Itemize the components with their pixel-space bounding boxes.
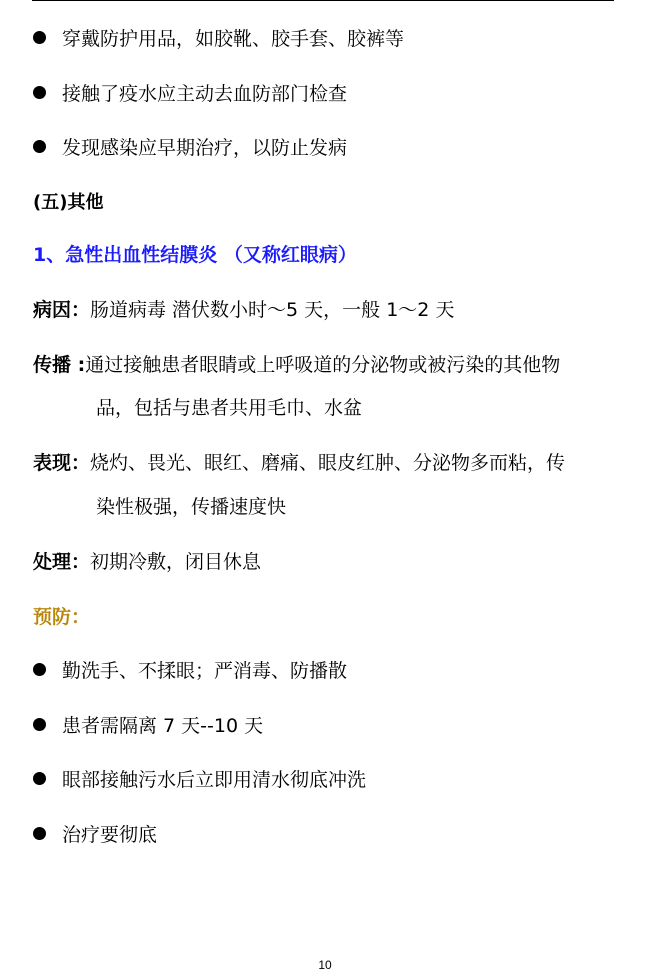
entry-continuation: 染性极强，传播速度快: [96, 495, 286, 519]
list-item-text: 发现感染应早期治疗，以防止发病: [62, 137, 347, 159]
bullet-icon: [33, 663, 46, 676]
entry-continuation: 品，包括与患者共用毛巾、水盆: [96, 396, 362, 420]
bullet-icon: [33, 827, 46, 840]
entry-label: 表现：: [33, 452, 90, 474]
entry-text: 肠道病毒 潜伏数小时～5 天，一般 1～2 天: [90, 299, 454, 321]
entry-label: 传播 :: [33, 354, 85, 376]
bullet-icon: [33, 86, 46, 99]
disease-heading: 1、急性出血性结膜炎 （又称红眼病）: [33, 243, 357, 267]
bullet-icon: [33, 718, 46, 731]
entry-label: 病因：: [33, 299, 90, 321]
list-item: 接触了疫水应主动去血防部门检查: [33, 82, 347, 106]
entry-treatment: 处理：初期冷敷，闭目休息: [33, 550, 261, 574]
entry-symptoms: 表现：烧灼、畏光、眼红、磨痛、眼皮红肿、分泌物多而粘，传: [33, 451, 565, 475]
list-item-text: 勤洗手、不揉眼；严消毒、防播散: [62, 660, 347, 682]
top-rule-divider: [32, 0, 614, 1]
page-number: 10: [0, 958, 650, 972]
entry-text: 通过接触患者眼睛或上呼吸道的分泌物或被污染的其他物: [85, 354, 560, 376]
list-item: 勤洗手、不揉眼；严消毒、防播散: [33, 659, 347, 683]
prevention-heading: 预防：: [33, 605, 90, 629]
entry-transmission: 传播 :通过接触患者眼睛或上呼吸道的分泌物或被污染的其他物: [33, 353, 560, 377]
list-item: 眼部接触污水后立即用清水彻底冲洗: [33, 768, 366, 792]
list-item-text: 治疗要彻底: [62, 824, 157, 846]
entry-cause: 病因：肠道病毒 潜伏数小时～5 天，一般 1～2 天: [33, 298, 454, 322]
list-item-text: 穿戴防护用品，如胶靴、胶手套、胶裤等: [62, 28, 404, 50]
list-item-text: 接触了疫水应主动去血防部门检查: [62, 83, 347, 105]
list-item: 发现感染应早期治疗，以防止发病: [33, 136, 347, 160]
list-item: 穿戴防护用品，如胶靴、胶手套、胶裤等: [33, 27, 404, 51]
entry-text: 初期冷敷，闭目休息: [90, 551, 261, 573]
list-item: 治疗要彻底: [33, 823, 157, 847]
entry-label: 处理：: [33, 551, 90, 573]
bullet-icon: [33, 772, 46, 785]
list-item-text: 眼部接触污水后立即用清水彻底冲洗: [62, 769, 366, 791]
bullet-icon: [33, 31, 46, 44]
list-item-text: 患者需隔离 7 天--10 天: [62, 715, 263, 737]
list-item: 患者需隔离 7 天--10 天: [33, 714, 263, 738]
bullet-icon: [33, 140, 46, 153]
section-title: (五)其他: [33, 191, 103, 215]
entry-text: 烧灼、畏光、眼红、磨痛、眼皮红肿、分泌物多而粘，传: [90, 452, 565, 474]
